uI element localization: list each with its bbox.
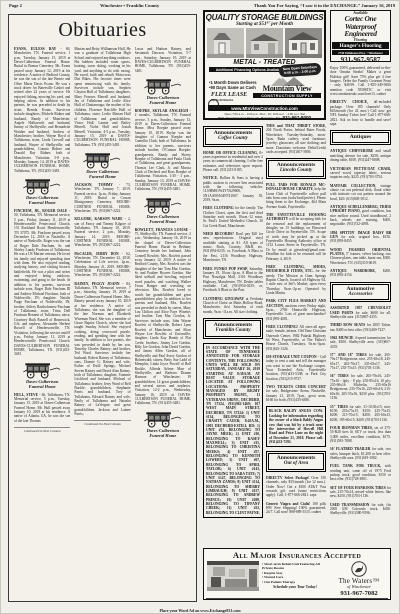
section-header-subtitle: Lincoln County	[269, 168, 323, 174]
funeral-home-logo: Daves-Culbertson Funeral Home	[74, 151, 130, 179]
section-header-subtitle: Out of Area	[269, 461, 323, 467]
section-header-subtitle: Accessories	[333, 292, 388, 298]
flooring-address: 2730 Tullahoma Hwy. • Winchester	[332, 50, 389, 55]
boxed-classified-ad: BLACK BALDY ANGUS COW. Looking for infor…	[266, 406, 326, 447]
storage-building-photos	[207, 28, 322, 58]
classified-ad: 17" AND 18" TIRES for sale, 265-70x17 Br…	[330, 353, 391, 370]
classified-ad: FREE CLOTHING for the family. The Clothe…	[203, 206, 263, 228]
obituary-entry: JACKSON, TOMMY - 73, Winchester, TN. Jan…	[74, 183, 130, 213]
funeral-home-name-line2: Funeral Home	[135, 433, 191, 438]
entry-lead: PULL TABS FOR RONALD MC-DONALD HOUSE CHA…	[266, 183, 326, 191]
classified-ad: PULL TABS FOR RONALD MC-DONALD HOUSE CHA…	[266, 183, 326, 209]
section-header-subtitle: Coffee County	[206, 136, 260, 142]
rehab-room-photo	[207, 561, 259, 591]
hearse-carriage-icon	[82, 151, 122, 169]
entry-lead: FREE CLOTHING, SHOES, HOUSEHOLD ITEMS, E…	[266, 265, 326, 273]
footer-word-ad-line: Place your Word Ad on www.Exchange931.co…	[0, 608, 400, 613]
section-header: AnnouncementsFranklin County	[203, 318, 263, 339]
entry-lead: DIRECTV Select Package!	[266, 476, 309, 480]
entry-lead: ANTIQUE CHIFFEROBE	[330, 149, 373, 153]
classified-ad: VICTORIAN PETTICOAT CHAIR, carved wood, …	[330, 167, 391, 180]
obituaries-title: Obituaries	[11, 19, 194, 42]
waters-phone: 931-967-7082	[331, 590, 387, 597]
obituary-entry: RAINEY, PEGGY JOANN - 84, Tullahoma, TN.…	[74, 282, 130, 417]
continued-note: Continued On Next Column	[14, 427, 70, 433]
entry-lead: McCALEB, JERRY DON	[74, 252, 118, 256]
funeral-home-logo: Daves-Culbertson Funeral Home	[135, 196, 191, 224]
classified-ad: WOOD FRAMED ORIENTAL PLATES, 3" frames, …	[330, 248, 391, 265]
storage-buildings-ad: QUALITY STORAGE BUILDINGS Starting at $5…	[203, 10, 326, 120]
mountain-view-logo: Mountain View CONSTRUCTION SUPPLY	[253, 74, 321, 98]
entry-lead: ROEPKE, SKYLAR ANSLEIGH	[135, 109, 188, 113]
continued-note: Continued On Next Column	[74, 420, 130, 426]
storage-ad-title: QUALITY STORAGE BUILDINGS	[205, 13, 324, 22]
funeral-home-name-line2: Funeral Home	[74, 174, 130, 179]
obituaries-columns: EVANS, EULESS RAY - 69, Manchester, TN. …	[11, 47, 194, 595]
cottage-shed-photo	[285, 28, 322, 58]
classified-ad: FREE CLOTHING, SHOES, HOUSEHOLD ITEMS, E…	[266, 265, 326, 295]
entry-lead: ASSORTED 1957 CHEVROLET USED PARTS	[330, 306, 391, 314]
waters-bullet-list: • Short-term Rehab Unit Featuring All Pr…	[259, 561, 331, 590]
waters-cta: Schedule your Tour Today!	[262, 585, 328, 589]
classified-ad: 15" TIRES for sale, 31-10.50x15, nice, $…	[330, 405, 391, 422]
classified-ad: $50 STORAGE UNIT COUPON - Call today to …	[266, 355, 326, 381]
entry-lead: THIS and THAT THRIFT STORE,	[266, 124, 326, 128]
entry-lead: BLACK BALDY ANGUS COW.	[269, 409, 323, 413]
classified-ad: ANTIQUE SCHELLENBERG, TRIER UPRIGHT PIAN…	[330, 205, 391, 227]
boxed-ad-text: IN ACCORDANCE WITH THE STATE OF TENNESSE…	[206, 346, 260, 515]
classified-ad: USED TRANSMISSION for sale, fits 2005 GM…	[330, 503, 391, 516]
entry-lead: $50 STORAGE UNIT COUPON	[266, 355, 317, 359]
classified-ad: ANTIQUE WARDROBE, $200. (931)992-4154.	[330, 269, 391, 278]
entry-lead: MAYFAIR COLLECTION,	[330, 184, 376, 188]
classified-ad: 1962 MUNCIE 4-speed transmission for sal…	[330, 336, 391, 349]
entry-lead: 1962 MUNCIE	[330, 336, 353, 340]
waters-brand-block: The Waters™ of Winchester 931-967-7082	[331, 561, 387, 597]
lofted-shed-photo	[246, 28, 283, 58]
flooring-word: Flooring	[331, 38, 390, 42]
storage-ad-price: Starting at $51⁸⁷ per Month	[205, 22, 324, 27]
entry-lead: 17" AND 18" TIRES	[330, 353, 367, 357]
classified-ad: FREE FUNKO POP SWAP, Saturday, January 1…	[203, 267, 263, 293]
waters-bullet-4: • Out Patient Therapy	[262, 580, 328, 584]
entry-lead: FOUR IRONMAN TIRES,	[330, 426, 373, 430]
classified-ad: DIRECTV CHOICE, all-included package. Ov…	[330, 100, 391, 126]
flooring-ad: Available Cortec One Waterproof Engineer…	[330, 10, 391, 62]
classified-ad: PARK CITY FLEA MARKET AND AUCTION, aucti…	[266, 299, 326, 321]
entry-lead: KILGORE, KARSON WADE	[74, 217, 122, 221]
masthead-region: Winchester • Franklin County	[100, 3, 159, 8]
section-header: Antiques	[330, 130, 391, 145]
entry-lead: THIRD ROW SEATS	[330, 323, 365, 327]
storage-ad-address: 8021 David Crockett Pkwy. W., Belvidere,…	[205, 115, 324, 120]
swan-logo-icon	[351, 561, 367, 577]
entry-lead: RAINEY, PEGGY JOANN	[74, 282, 119, 286]
entry-lead: WOOD FRAMED ORIENTAL PLATES,	[330, 248, 391, 256]
entry-lead: TWO TICKETS CHER CONCERT	[266, 385, 326, 389]
classified-ad: 1894 SPITTIN' IMAGE DAISY BB GUN for sal…	[330, 231, 391, 244]
obituaries-column-2: Marian and Betty Williamson Hull. He was…	[74, 47, 130, 595]
entry-lead: HOME OR OFFICE CLEANING,	[203, 151, 258, 155]
classified-ad: TWO TICKETS CHER CONCERT for sale, Bridg…	[266, 385, 326, 402]
obituary-entry: HULL, STEVE - 66, Tullahoma, TN. Memoria…	[14, 393, 70, 423]
mountain-view-name: Mountain View	[253, 84, 321, 93]
boxed-classified-ad: IN ACCORDANCE WITH THE STATE OF TENNESSE…	[203, 343, 263, 518]
classified-ad: THIRD ROW SEATS for 2005 Tahoe, tan, $40…	[330, 323, 391, 332]
entry-lead: FREE CLOTHING	[203, 206, 234, 210]
entry-lead: 16' FLATBED TRAILER	[330, 447, 371, 451]
entry-lead: FINCHUM, JR., ROGER DALE	[14, 209, 67, 213]
classified-ad: FOUR IRONMAN TIRES, set of 275-55-R20 ti…	[330, 426, 391, 443]
storage-address-text: 8021 David Crockett Pkwy. W., Belvidere,…	[218, 116, 282, 120]
storage-ad-disclaimer: *Some restrictions apply, see dealer for…	[205, 119, 324, 120]
storage-ad-website: www.MtnViewConstruction.com	[208, 105, 321, 111]
section-header-title: Antiques	[333, 134, 388, 140]
entry-lead: USED TRANSMISSION	[330, 503, 369, 507]
classified-ad: DIRECTV Select Package! Over 150 channel…	[266, 476, 326, 498]
waters-ad-title: All Major Insurances Accepted	[204, 550, 390, 560]
waters-ad-body: • Short-term Rehab Unit Featuring All Pr…	[204, 560, 390, 597]
storage-ad-bullets: •1 Month Down Delivers •90 Days Same as …	[209, 80, 257, 90]
obituary-entry: KILGORE, KARSON WADE - 2, son of Fancy a…	[74, 217, 130, 247]
entry-lead: VICTORIAN PETTICOAT CHAIR,	[330, 167, 391, 171]
entry-lead: NOTICE.	[203, 176, 218, 180]
obituaries-column-3: Lucas and Hudson Rainey, and Savannah Da…	[135, 47, 191, 595]
entry-lead: 1894 SPITTIN' IMAGE DAISY BB GUN	[330, 231, 391, 239]
flooring-line3: Engineered	[331, 30, 390, 38]
obituary-entry: ROWLETT, FRANCES LOUISE - 75, Shelbyvill…	[135, 228, 191, 406]
classified-ad: ANTIQUE CHIFFEROBE and small matching dr…	[330, 149, 391, 162]
section-header: AnnouncementsLincoln County	[266, 158, 326, 179]
classified-ad: SET OF FOUR HANKOOK TIRES for sale, 215-…	[330, 486, 391, 499]
entry-lead: FREE CLOTHING!	[266, 325, 298, 329]
storage-bullet-2: •90 Days Same as Cash	[209, 85, 257, 90]
classified-ad: Generic Viagra and Cialis! 100 pills $99…	[266, 502, 326, 515]
funeral-home-logo: Daves-Culbertson Funeral Home	[14, 177, 70, 205]
entry-lead: JACKSON, TOMMY	[74, 183, 113, 187]
entry-lead: CLOTHING GIVEAWAY	[203, 297, 244, 301]
classified-column-coffee-franklin: AnnouncementsCoffee CountyHOME OR OFFICE…	[203, 124, 263, 538]
obituaries-column-1: EVANS, EULESS RAY - 69, Manchester, TN. …	[14, 47, 70, 595]
classified-ad: ASSORTED 1957 CHEVROLET USED PARTS for s…	[330, 306, 391, 319]
classified-column-antiques-automotive: Enjoy 100% guaranteed, delivered to-the-…	[330, 66, 391, 538]
funeral-home-name-line2: Funeral Home	[14, 200, 70, 205]
classified-ad: CLOTHING GIVEAWAY at Fredonia Church of …	[203, 297, 263, 314]
waters-bullet-1: • Short-term Rehab Unit Featuring All Pr…	[262, 562, 328, 571]
section-header: AnnouncementsCoffee County	[203, 126, 263, 147]
entry-lead: 15" TIRES	[330, 405, 348, 409]
storage-phone: 931-967-8000	[283, 115, 312, 120]
obituary-entry: ROEPKE, SKYLAR ANSLEIGH - 2 months, Tull…	[135, 109, 191, 192]
classified-ad: Enjoy 100% guaranteed, delivered to-the-…	[330, 66, 391, 96]
funeral-home-logo: Daves-Culbertson Funeral Home	[135, 410, 191, 438]
obituary-entry: Marian and Betty Williamson Hull. He was…	[74, 47, 130, 147]
entry-lead: Generic Viagra and Cialis!	[266, 502, 310, 506]
obituary-entry: FINCHUM, JR., ROGER DALE - 50, Tullahoma…	[14, 209, 70, 357]
entry-lead: FREE FUNKO POP SWAP,	[203, 267, 248, 271]
entry-lead: ROWLETT, FRANCES LOUISE	[135, 228, 188, 232]
flooring-store-name: Hanger's Flooring	[332, 42, 389, 49]
section-header-subtitle: Franklin County	[206, 328, 260, 334]
newspaper-page-scan: Page 2 Winchester • Franklin County Than…	[0, 0, 400, 614]
funeral-home-name-line2: Funeral Home	[135, 100, 191, 105]
classified-ad: 16" TIRES for sale, 265-70x16, 245-75x16…	[330, 374, 391, 400]
classified-column-lincoln-outofarea: THIS and THAT THRIFT STORE, 204 North Po…	[266, 124, 326, 538]
funeral-home-name-line2: Funeral Home	[14, 384, 70, 389]
flooring-phone: 931-967-9587	[331, 56, 390, 62]
mountain-view-sub: CONSTRUCTION SUPPLY	[253, 93, 321, 98]
entry-lead: FUEL TANK FOR TRUCK,	[330, 464, 381, 468]
section-header: AnnouncementsOut of Area	[266, 451, 326, 472]
entry-lead: DIRECTV CHOICE,	[330, 100, 368, 104]
section-header: AutomotiveAccessories	[330, 282, 391, 303]
waters-rehab-ad: All Major Insurances Accepted	[203, 548, 391, 600]
classified-ad: FUEL TANK FOR TRUCK, with sending unit, …	[330, 464, 391, 481]
entry-lead: IN ACCORDANCE WITH THE STATE OF TENNESSE…	[206, 346, 260, 363]
entry-lead: SET OF FOUR HANKOOK TIRES	[330, 486, 386, 490]
storage-ad-financing-line: Additional Financing Options Available	[209, 67, 289, 72]
classified-ad: HOME OR OFFICE CLEANING, 8+ years experi…	[203, 151, 263, 173]
entry-lead: NEED RECORDS?	[203, 232, 234, 236]
obituary-entry: McCALEB, JERRY DON - 62, Winchester, TN.…	[74, 252, 130, 278]
entry-lead: HULL, STEVE	[14, 393, 38, 397]
entry-lead: THE FAYETTEVILLE HOUSING AUTHORITY	[266, 213, 326, 221]
entry-lead: ANTIQUE WARDROBE,	[330, 269, 376, 273]
hearse-carriage-icon	[143, 77, 183, 95]
classified-ad: THE FAYETTEVILLE HOUSING AUTHORITY will …	[266, 213, 326, 261]
classified-ad: FREE CLOTHING! All sizes-all ages: male,…	[266, 325, 326, 351]
boxed-ad-text: BLACK BALDY ANGUS COW. Looking for infor…	[269, 409, 323, 444]
waters-address: 1360 Bypass Road, Winchester, TN • www.w…	[206, 598, 388, 600]
obituaries-section: Obituaries EVANS, EULESS RAY - 69, Manch…	[8, 14, 197, 602]
obituary-entry: Lucas and Hudson Rainey, and Savannah Da…	[135, 47, 191, 73]
entry-lead: PARK CITY FLEA MARKET AND AUCTION,	[266, 299, 326, 307]
entry-lead: EVANS, EULESS RAY	[14, 47, 56, 51]
page-number: Page 2	[9, 3, 22, 8]
classified-ad: NOTICE. Rollins & Sons is having a publi…	[203, 176, 263, 202]
hearse-carriage-icon	[22, 361, 62, 379]
classified-ad: THIS and THAT THRIFT STORE, 204 North Po…	[266, 124, 326, 154]
entry-lead: 16" TIRES	[330, 374, 349, 378]
classified-ad: NEED RECORDS? Don't pay $20 for new repr…	[203, 232, 263, 262]
obituary-entry: EVANS, EULESS RAY - 69, Manchester, TN. …	[14, 47, 70, 173]
funeral-home-name-line2: Funeral Home	[135, 219, 191, 224]
hearse-carriage-icon	[143, 410, 183, 428]
barn-shed-photo	[207, 28, 244, 58]
classified-ad: 16' FLATBED TRAILER for sale, two axles,…	[330, 447, 391, 460]
classifieds-region: QUALITY STORAGE BUILDINGS Starting at $5…	[201, 8, 394, 608]
funeral-home-logo: Daves-Culbertson Funeral Home	[14, 361, 70, 389]
entry-lead: ANTIQUE SCHELLENBERG, TRIER UPRIGHT PIAN…	[330, 205, 391, 213]
hearse-carriage-icon	[22, 177, 62, 195]
hearse-carriage-icon	[143, 196, 183, 214]
funeral-home-logo: Daves-Culbertson Funeral Home	[135, 77, 191, 105]
classified-ad: MAYFAIR COLLECTION, vintage chintz cut o…	[330, 184, 391, 201]
